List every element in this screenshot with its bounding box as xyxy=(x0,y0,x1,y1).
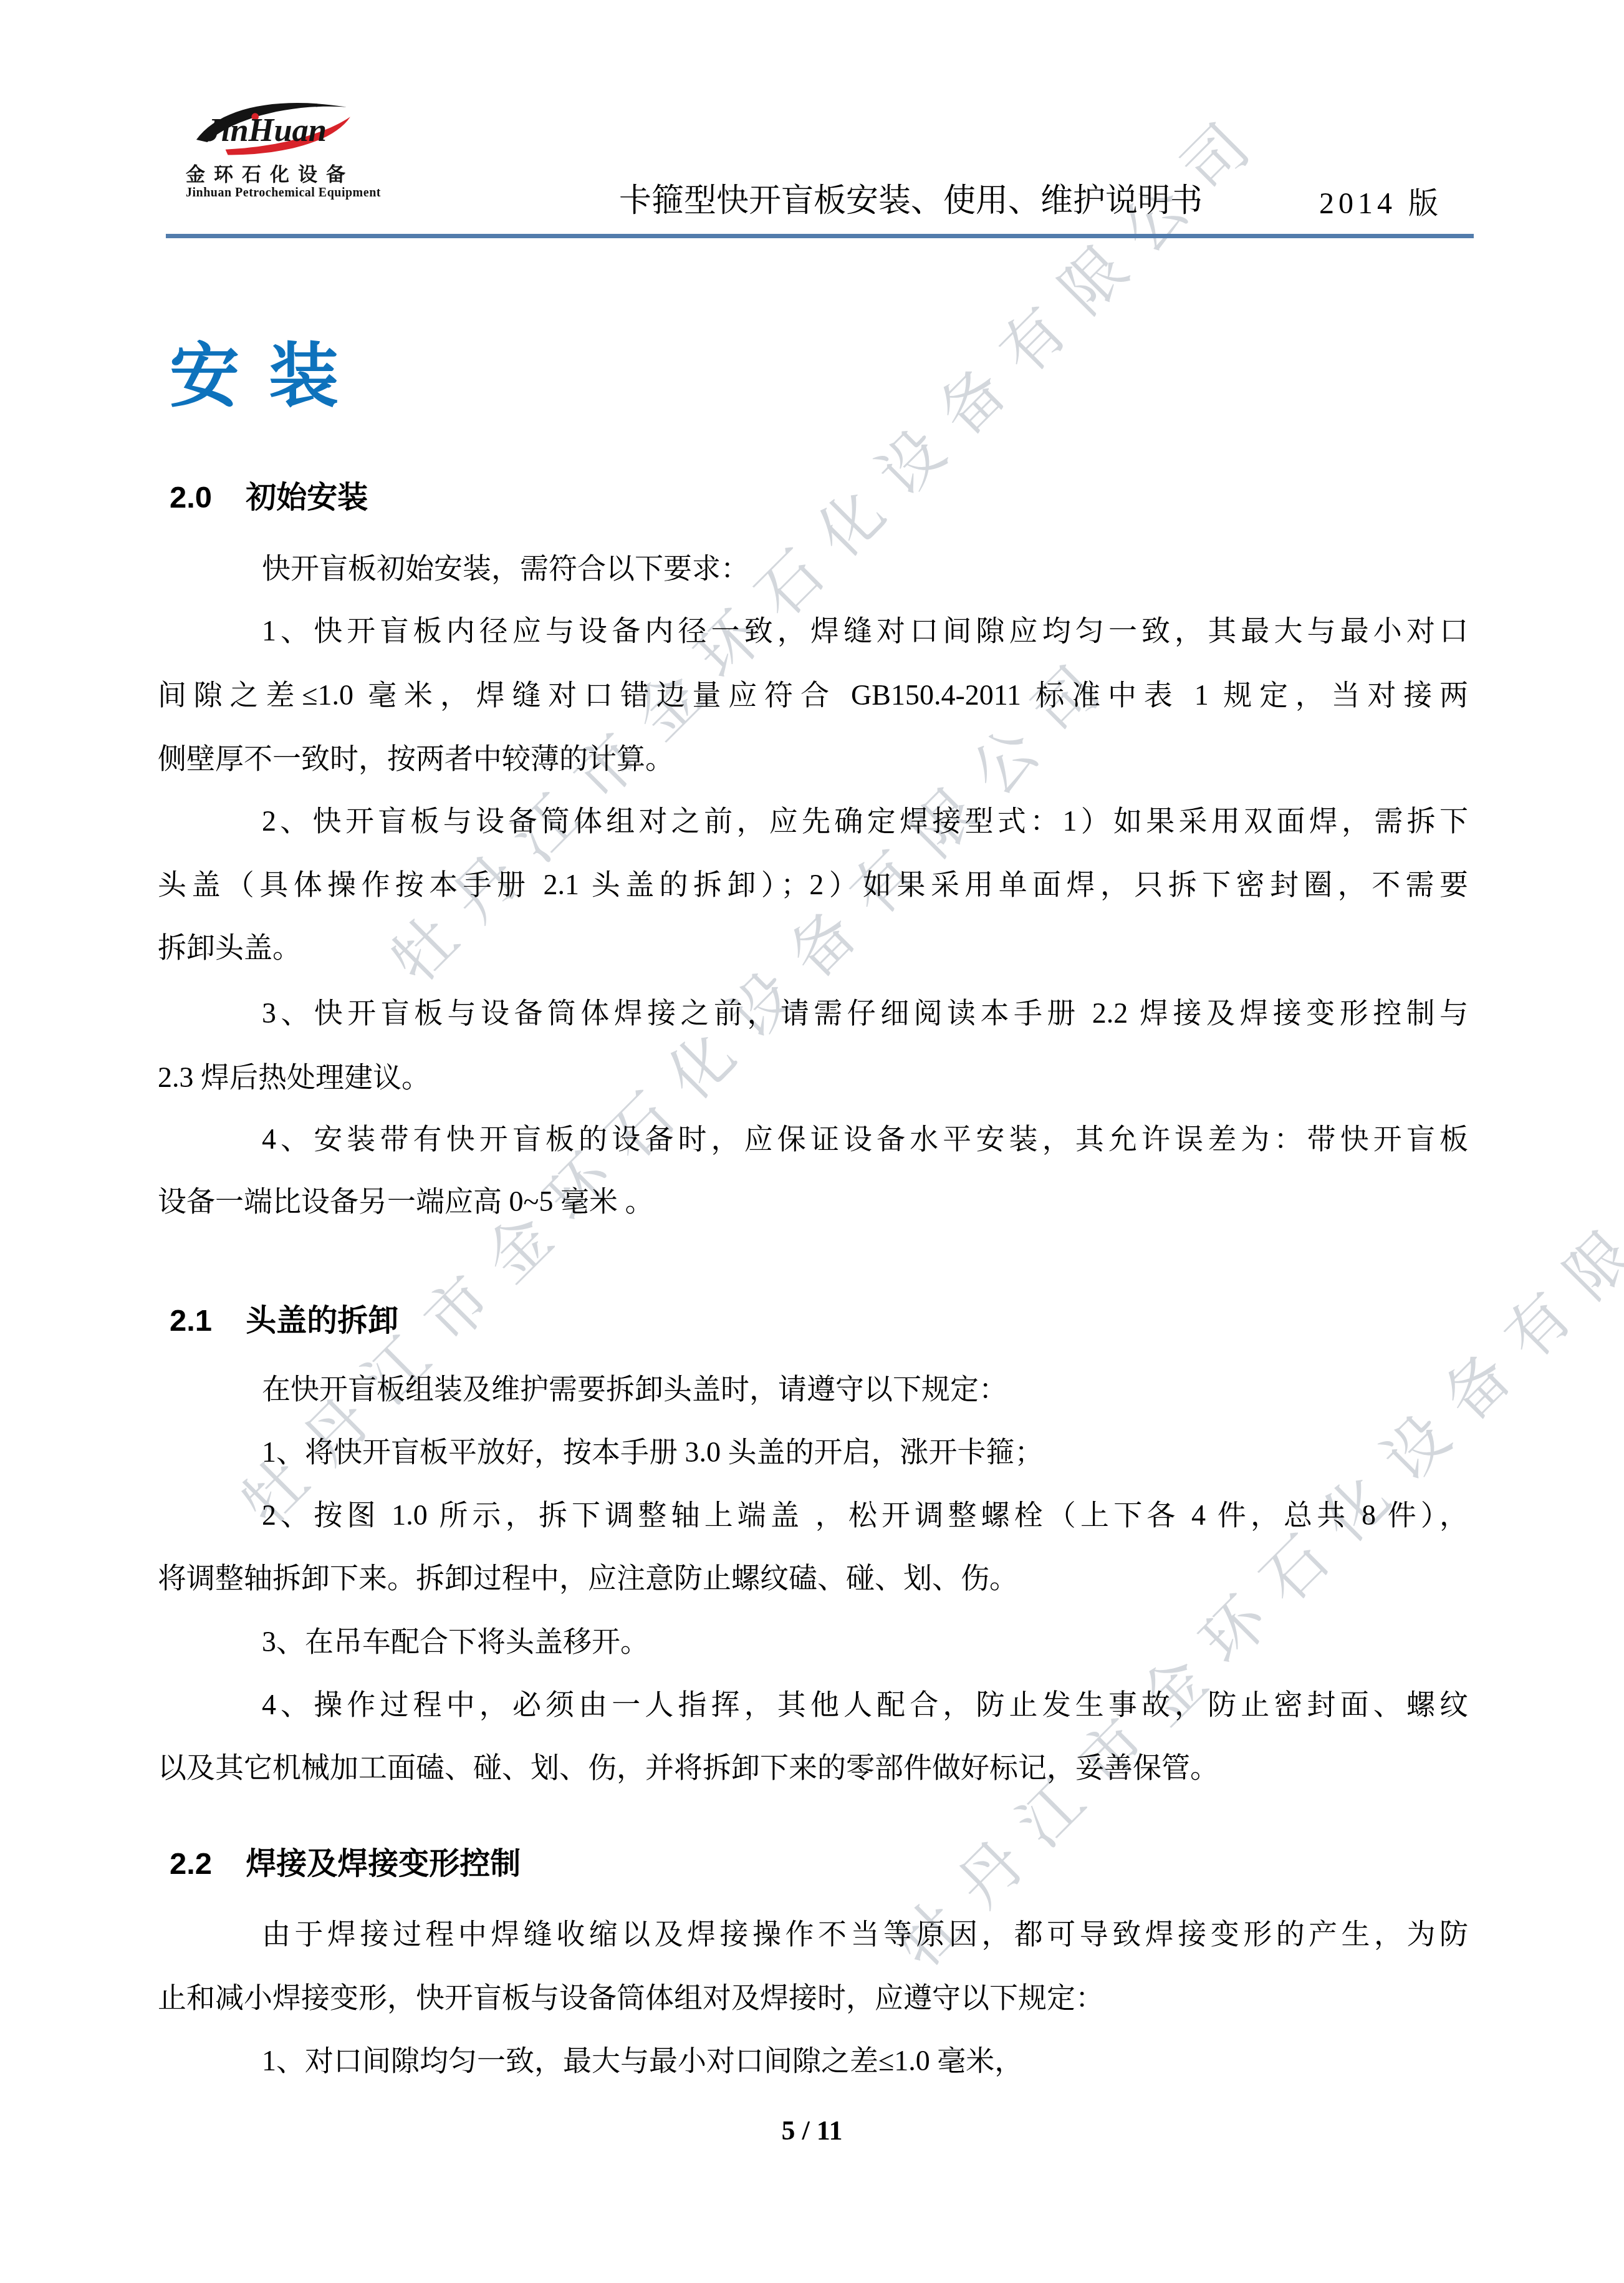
section-number: 2.2 xyxy=(170,1846,212,1881)
body-line: 侧壁厚不一致时，按两者中较薄的计算。 xyxy=(158,741,1468,777)
body-line: 2、快开盲板与设备筒体组对之前，应先确定焊接型式：1）如果采用双面焊，需拆下 xyxy=(158,803,1468,839)
page-number: 5 / 11 xyxy=(0,2115,1624,2146)
company-logo: JinHuan 金环石化设备 Jinhuan Petrochemical Equ… xyxy=(186,99,357,200)
body-line: 止和减小焊接变形，快开盲板与设备筒体组对及焊接时，应遵守以下规定： xyxy=(158,1980,1468,2016)
logo-company-name-en: Jinhuan Petrochemical Equipment xyxy=(186,185,357,200)
body-line: 3、快开盲板与设备筒体焊接之前，请需仔细阅读本手册 2.2 焊接及焊接变形控制与 xyxy=(158,995,1468,1031)
body-line: 2、按图 1.0 所示，拆下调整轴上端盖 ，松开调整螺栓（上下各 4 件，总共 … xyxy=(158,1497,1468,1533)
logo-script-text: JinHuan xyxy=(204,112,327,148)
header-divider xyxy=(166,234,1474,238)
body-line: 拆卸头盖。 xyxy=(158,930,1468,966)
body-line: 1、将快开盲板平放好，按本手册 3.0 头盖的开启，涨开卡箍； xyxy=(158,1434,1468,1470)
page-content: JinHuan 金环石化设备 Jinhuan Petrochemical Equ… xyxy=(0,0,1624,2283)
body-line: 头盖（具体操作按本手册 2.1 头盖的拆卸）；2）如果采用单面焊，只拆下密封圈，… xyxy=(158,867,1468,903)
logo-swoosh-graphic: JinHuan xyxy=(186,99,357,164)
logo-company-name-cn: 金环石化设备 xyxy=(186,164,357,185)
body-line: 在快开盲板组装及维护需要拆卸头盖时，请遵守以下规定： xyxy=(158,1371,1468,1407)
body-line: 4、安装带有快开盲板的设备时，应保证设备水平安装，其允许误差为：带快开盲板 xyxy=(158,1121,1468,1157)
section-heading-2-0: 2.0初始安装 xyxy=(170,480,368,515)
section-title: 焊接及焊接变形控制 xyxy=(246,1847,521,1881)
body-line: 1、快开盲板内径应与设备内径一致，焊缝对口间隙应均匀一致，其最大与最小对口 xyxy=(158,613,1468,649)
chapter-heading: 安 装 xyxy=(170,340,344,413)
body-line: 将调整轴拆卸下来。拆卸过程中，应注意防止螺纹磕、碰、划、伤。 xyxy=(158,1560,1468,1596)
body-line: 设备一端比设备另一端应高 0~5 毫米 。 xyxy=(158,1184,1468,1220)
section-number: 2.1 xyxy=(170,1303,212,1338)
section-heading-2-1: 2.1头盖的拆卸 xyxy=(170,1303,398,1338)
body-line: 1、对口间隙均匀一致，最大与最小对口间隙之差≤1.0 毫米， xyxy=(158,2043,1468,2079)
body-line: 间隙之差≤1.0 毫米，焊缝对口错边量应符合 GB150.4-2011 标准中表… xyxy=(158,677,1468,713)
section-heading-2-2: 2.2焊接及焊接变形控制 xyxy=(170,1846,521,1881)
body-line: 以及其它机械加工面磕、碰、划、伤，并将拆卸下来的零部件做好标记，妥善保管。 xyxy=(158,1750,1468,1786)
body-line: 4、操作过程中，必须由一人指挥，其他人配合，防止发生事故，防止密封面、螺纹 xyxy=(158,1687,1468,1723)
body-line: 2.3 焊后热处理建议。 xyxy=(158,1059,1468,1096)
body-line: 快开盲板初始安装，需符合以下要求： xyxy=(158,551,1468,587)
body-line: 3、在吊车配合下将头盖移开。 xyxy=(158,1624,1468,1660)
section-title: 头盖的拆卸 xyxy=(246,1304,398,1338)
section-number: 2.0 xyxy=(170,480,212,515)
document-page: 牡丹江市金环石化设备有限公司 牡丹江市金环石化设备有限公司 牡丹江市金环石化设备… xyxy=(0,0,1624,2283)
section-title: 初始安装 xyxy=(246,481,368,514)
body-line: 由于焊接过程中焊缝收缩以及焊接操作不当等原因，都可导致焊接变形的产生，为防 xyxy=(158,1916,1468,1952)
document-edition: 2014 版 xyxy=(1319,187,1443,221)
document-title: 卡箍型快开盲板安装、使用、维护说明书 xyxy=(619,183,1203,220)
